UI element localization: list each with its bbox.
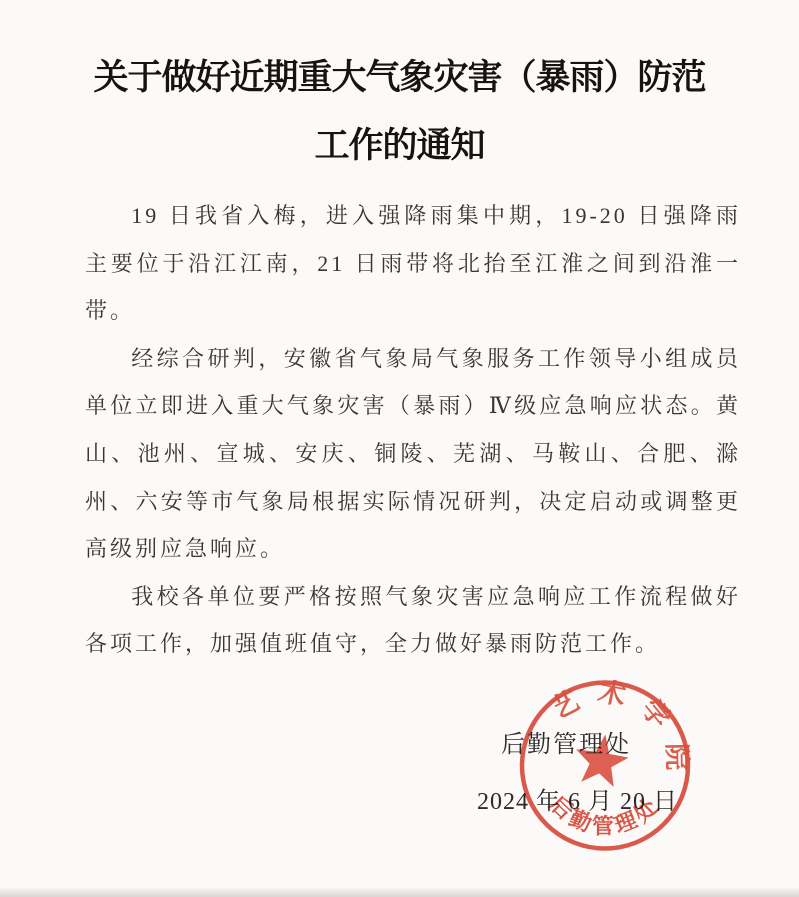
notice-title-line1: 关于做好近期重大气象灾害（暴雨）防范: [0, 44, 799, 112]
official-seal-stamp: 艺术学院 后勤管理处: [517, 680, 693, 856]
paragraph-school-requirements: 我校各单位要严格按照气象灾害应急响应工作流程做好各项工作，加强值班值守，全力做好…: [85, 573, 741, 668]
notice-body: 19 日我省入梅，进入强降雨集中期，19-20 日强降雨主要位于沿江江南，21 …: [85, 192, 741, 668]
paragraph-rain-forecast: 19 日我省入梅，进入强降雨集中期，19-20 日强降雨主要位于沿江江南，21 …: [85, 192, 741, 335]
notice-document: 关于做好近期重大气象灾害（暴雨）防范 工作的通知 19 日我省入梅，进入强降雨集…: [0, 0, 799, 897]
paragraph-emergency-response: 经综合研判，安徽省气象局气象服务工作领导小组成员单位立即进入重大气象灾害（暴雨）…: [85, 335, 741, 573]
seal-star-icon: [571, 730, 631, 788]
scan-bottom-edge: [0, 887, 799, 897]
notice-title-line2: 工作的通知: [0, 112, 799, 180]
seal-bottom-text: 后勤管理处: [545, 791, 665, 839]
seal-arc-text: 艺术学院: [547, 680, 693, 786]
notice-title: 关于做好近期重大气象灾害（暴雨）防范 工作的通知: [0, 44, 799, 180]
